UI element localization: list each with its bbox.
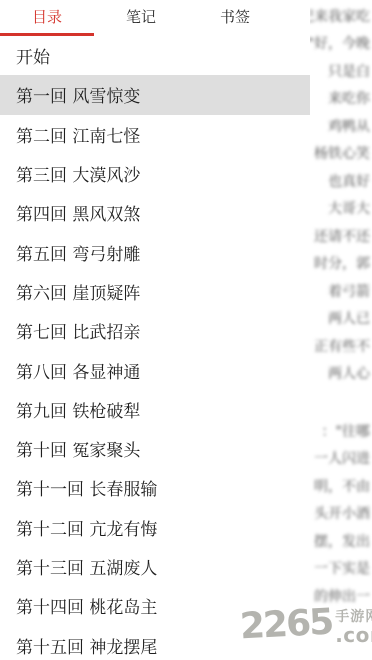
page-text-line: 明，不由 — [308, 472, 372, 500]
page-text-line: 时分，郭 — [308, 250, 372, 278]
page-text-line: 还请不还 — [308, 222, 372, 250]
page-text-line: ："往哪 — [308, 417, 372, 445]
page-text-line: 杨铁心笑 — [308, 140, 372, 168]
page-text-line: 来吃你 — [308, 85, 372, 113]
tab-notes[interactable]: 笔记 — [94, 0, 188, 36]
toc-item-label: 第十二回 亢龙有悔 — [16, 515, 157, 540]
toc-item[interactable]: 开始 — [0, 36, 310, 75]
page-text-line: 着弓箭 — [308, 277, 372, 305]
chapter-list: 开始 第一回 风雪惊变 第二回 江南七怪 第三回 大漠风沙 第四回 黑风双煞 — [0, 36, 310, 660]
toc-item[interactable]: 第六回 崖顶疑阵 — [0, 272, 310, 311]
page-text-line: 大哥大 — [308, 195, 372, 223]
toc-item-label: 第九回 铁枪破犁 — [16, 397, 140, 422]
toc-item-label: 第八回 各显神通 — [16, 358, 140, 383]
toc-item-label: 第十回 冤家聚头 — [16, 436, 140, 461]
page-text-line: 记来我家吃 — [308, 2, 372, 30]
toc-item[interactable]: 第十一回 长春服输 — [0, 468, 310, 507]
tab-label: 目录 — [32, 8, 62, 26]
toc-item[interactable]: 第二回 江南七怪 — [0, 115, 310, 154]
tab-label: 书签 — [220, 8, 250, 26]
toc-item-label: 第五回 弯弓射雕 — [16, 240, 140, 265]
toc-item[interactable]: 第五回 弯弓射雕 — [0, 232, 310, 271]
tab-bookmarks[interactable]: 书签 — [188, 0, 282, 36]
toc-item-label: 第十三回 五湖废人 — [16, 554, 157, 579]
toc-item-label: 第三回 大漠风沙 — [16, 161, 140, 186]
toc-item-label: 第十一回 长春服输 — [16, 475, 157, 500]
toc-item[interactable]: 第十四回 桃花岛主 — [0, 586, 310, 625]
page-text-line: 也真好 — [308, 167, 372, 195]
toc-item[interactable]: 第十二回 亢龙有悔 — [0, 508, 310, 547]
toc-item[interactable]: 第一回 风雪惊变 — [0, 75, 310, 114]
page-text-line: 摆，发出 — [308, 527, 372, 555]
toc-item[interactable]: 第九回 铁枪破犁 — [0, 390, 310, 429]
toc-item-label: 第一回 风雪惊变 — [16, 82, 140, 107]
tab-label: 笔记 — [126, 8, 156, 26]
page-text-line: "好，今晚 — [308, 30, 372, 58]
page-text-line: 鸡鸭从 — [308, 112, 372, 140]
toc-item[interactable]: 第七回 比武招亲 — [0, 311, 310, 350]
ebook-reader-screen: 记来我家吃 "好，今晚 只是白 来吃你 鸡鸭从 杨铁心笑 也真好 — [0, 0, 372, 660]
toc-item-label: 第十四回 桃花岛主 — [16, 593, 157, 618]
page-text-line: 一下实是 — [308, 555, 372, 583]
toc-item[interactable]: 第八回 各显神通 — [0, 350, 310, 389]
page-text-line: 一人闪进 — [308, 445, 372, 473]
tab-bar: 目录 笔记 书签 — [0, 0, 282, 36]
toc-panel: 目录 笔记 书签 开始 第一回 风雪惊变 — [0, 0, 310, 660]
page-text-line — [308, 387, 372, 417]
page-text-line: 只是白 — [308, 57, 372, 85]
page-text-line: 两人心 — [308, 360, 372, 388]
toc-item[interactable]: 第三回 大漠风沙 — [0, 154, 310, 193]
toc-item[interactable]: 第十五回 神龙摆尾 — [0, 625, 310, 660]
toc-item-label: 第四回 黑风双煞 — [16, 200, 140, 225]
toc-item-label: 开始 — [16, 43, 50, 68]
page-text-line: 两人已 — [308, 305, 372, 333]
page-text-line: 头开小酒 — [308, 500, 372, 528]
page-text-line: 正有些不 — [308, 332, 372, 360]
toc-item[interactable]: 第十回 冤家聚头 — [0, 429, 310, 468]
reading-page-preview: 记来我家吃 "好，今晚 只是白 来吃你 鸡鸭从 杨铁心笑 也真好 — [308, 0, 372, 660]
toc-item-label: 第七回 比武招亲 — [16, 318, 140, 343]
tab-contents[interactable]: 目录 — [0, 0, 94, 36]
toc-item[interactable]: 第十三回 五湖废人 — [0, 547, 310, 586]
toc-item-label: 第六回 崖顶疑阵 — [16, 279, 140, 304]
toc-item[interactable]: 第四回 黑风双煞 — [0, 193, 310, 232]
toc-item-label: 第十五回 神龙摆尾 — [16, 633, 157, 658]
page-text-line: 的伸出一 — [308, 582, 372, 610]
toc-item-label: 第二回 江南七怪 — [16, 122, 140, 147]
